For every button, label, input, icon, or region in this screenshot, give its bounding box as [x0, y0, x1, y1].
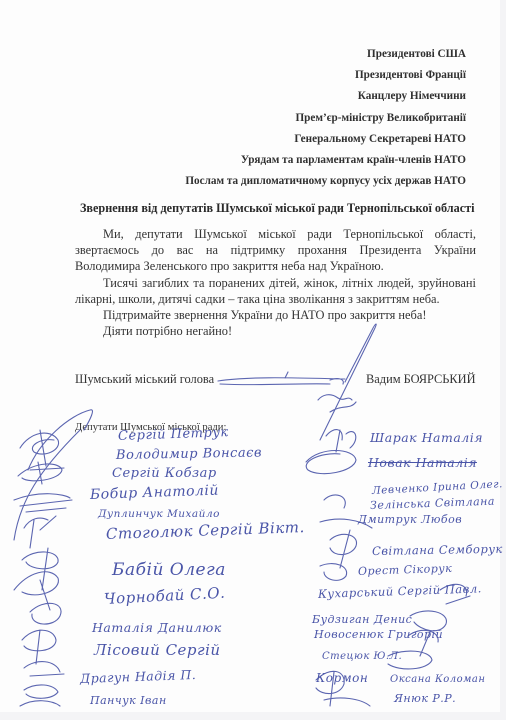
handwritten-name: Наталія Данилюк	[92, 620, 222, 635]
handwritten-name: Кормон	[316, 671, 368, 685]
handwritten-name: Зелінська Світлана	[370, 495, 495, 512]
addressee-usa-president: Президентові США	[185, 44, 466, 65]
handwritten-name: Левченко Ірина Олег.	[372, 478, 503, 497]
handwritten-name: Сергій Кобзар	[112, 466, 217, 481]
addressee-nato-secretary-general: Генеральному Секретареві НАТО	[185, 129, 466, 150]
addressee-nato-governments: Урядам та парламентам країн-членів НАТО	[185, 150, 466, 171]
body-paragraph-casualties: Тисячі загиблих та поранених дітей, жіно…	[75, 275, 476, 307]
addressee-germany-chancellor: Канцлеру Німеччини	[185, 86, 466, 107]
handwritten-name: Бобир Анатолій	[90, 483, 219, 503]
handwritten-name: Лісовий Сергій	[94, 641, 221, 659]
mayor-signature	[218, 324, 376, 440]
mayor-name: Вадим БОЯРСЬКИЙ	[366, 372, 476, 387]
handwritten-name: Дуплинчук Михайло	[98, 508, 220, 520]
addressee-uk-prime-minister: Прем’єр-міністру Великобританії	[185, 108, 466, 129]
mayor-title: Шумський міський голова	[75, 372, 214, 387]
document-page: Президентові США Президентові Франції Ка…	[0, 0, 500, 712]
handwritten-name: Будзиган Денис	[312, 613, 412, 626]
document-title: Звернення від депутатів Шумської міської…	[80, 201, 475, 216]
handwritten-name: Дмитрук Любов	[358, 513, 462, 526]
handwritten-name: Чорнобай С.О.	[104, 584, 226, 608]
body-paragraph-appeal: Ми, депутати Шумської міської ради Терно…	[75, 226, 476, 275]
addressee-france-president: Президентові Франції	[185, 65, 466, 86]
handwritten-name: Бабій Олега	[112, 560, 226, 580]
handwritten-name: Панчук Іван	[90, 694, 167, 707]
body-paragraph-support: Підтримайте звернення України до НАТО пр…	[75, 307, 476, 323]
handwritten-name: Новосенюк Григорій	[314, 628, 443, 641]
handwritten-name: Орест Сікорук	[358, 562, 453, 578]
addressee-list: Президентові США Президентові Франції Ка…	[185, 44, 466, 192]
handwritten-name: Янюк Р.Р.	[394, 692, 456, 705]
handwritten-name: Світлана Семборук	[372, 542, 503, 558]
addressee-nato-ambassadors: Послам та дипломатичному корпусу усіх де…	[185, 171, 466, 192]
handwritten-name: Шарак Наталія	[370, 430, 483, 445]
handwritten-name: Володимир Вонсаєв	[116, 445, 262, 463]
handwritten-name: Стоголюк Сергій Вікт.	[106, 518, 305, 543]
handwritten-name: Оксана Коломан	[390, 674, 485, 685]
handwritten-name: Новак Наталія	[368, 455, 477, 470]
document-body: Ми, депутати Шумської міської ради Терно…	[75, 226, 476, 339]
body-paragraph-urgent: Діяти потрібно негайно!	[75, 323, 476, 339]
handwritten-name: Стецюк Ю.Л.	[322, 651, 402, 662]
handwritten-name: Драгун Надія П.	[80, 667, 197, 686]
handwritten-name: Кухарський Сергій Павл.	[318, 581, 482, 601]
deputies-label: Депутати Шумської міської ради:	[75, 422, 226, 433]
